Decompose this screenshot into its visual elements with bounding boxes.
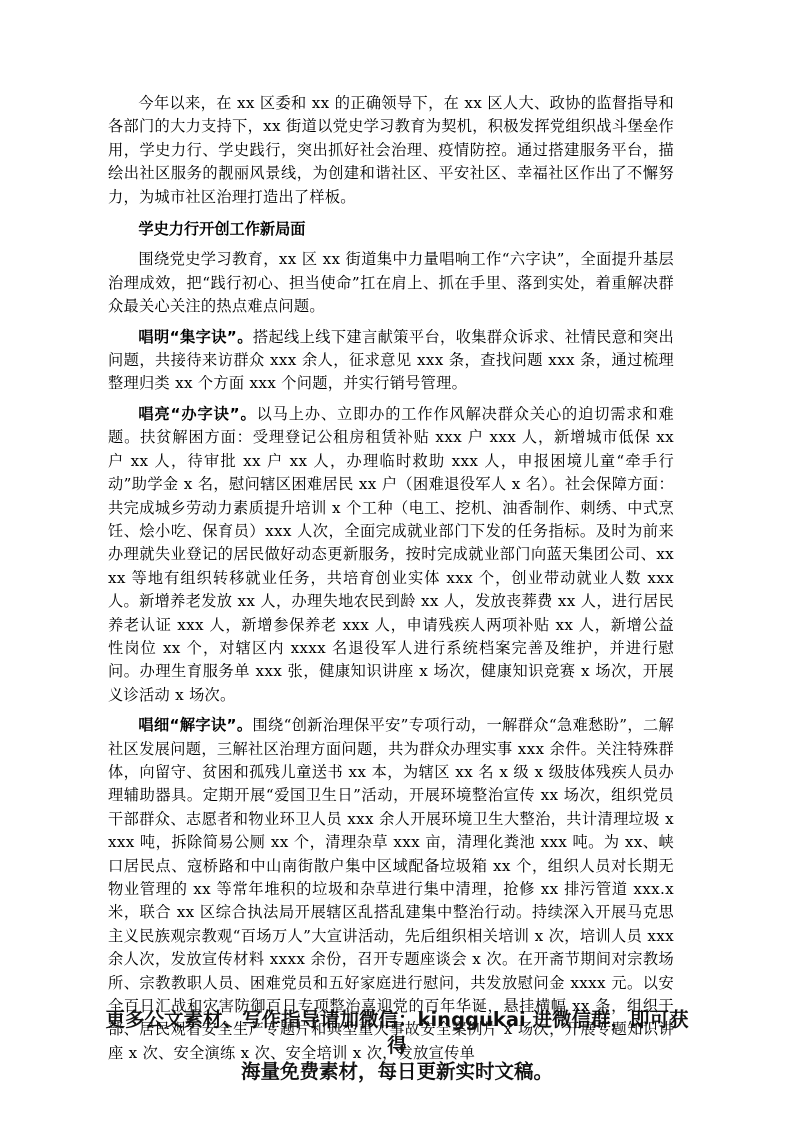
item-lead-resolve: 唱细“解字诀”。 [138, 716, 252, 734]
item-paragraph-collect: 唱明“集字诀”。搭起线上线下建言献策平台，收集群众诉求、社情民意和突出问题，共接… [108, 326, 674, 396]
intro-paragraph: 今年以来，在 xx 区委和 xx 的正确领导下，在 xx 区人大、政协的监督指导… [108, 92, 674, 209]
item-lead-handle: 唱亮“办字诀”。 [138, 405, 256, 423]
footer-promo: 更多公文素材、写作指导请加微信：kinggukai 进微信群，即可获得 海量免费… [100, 1007, 694, 1085]
paragraph-gap [108, 707, 674, 714]
footer-promo-line-1: 更多公文素材、写作指导请加微信：kinggukai 进微信群，即可获得 [100, 1007, 694, 1059]
item-body-handle: 以马上办、立即办的工作作风解决群众关心的迫切需求和难题。扶贫解困方面：受理登记公… [108, 405, 674, 704]
section-intro-paragraph: 围绕党史学习教育，xx 区 xx 街道集中力量唱响工作“六字诀”，全面提升基层治… [108, 248, 674, 318]
item-paragraph-handle: 唱亮“办字诀”。以马上办、立即办的工作作风解决群众关心的迫切需求和难题。扶贫解困… [108, 403, 674, 707]
item-lead-collect: 唱明“集字诀”。 [138, 328, 252, 346]
section-heading: 学史力行开创工作新局面 [108, 218, 674, 241]
document-body: 今年以来，在 xx 区委和 xx 的正确领导下，在 xx 区人大、政协的监督指导… [108, 92, 674, 1065]
paragraph-gap [108, 319, 674, 326]
paragraph-gap [108, 396, 674, 403]
footer-promo-line-2: 海量免费素材，每日更新实时文稿。 [100, 1059, 694, 1085]
